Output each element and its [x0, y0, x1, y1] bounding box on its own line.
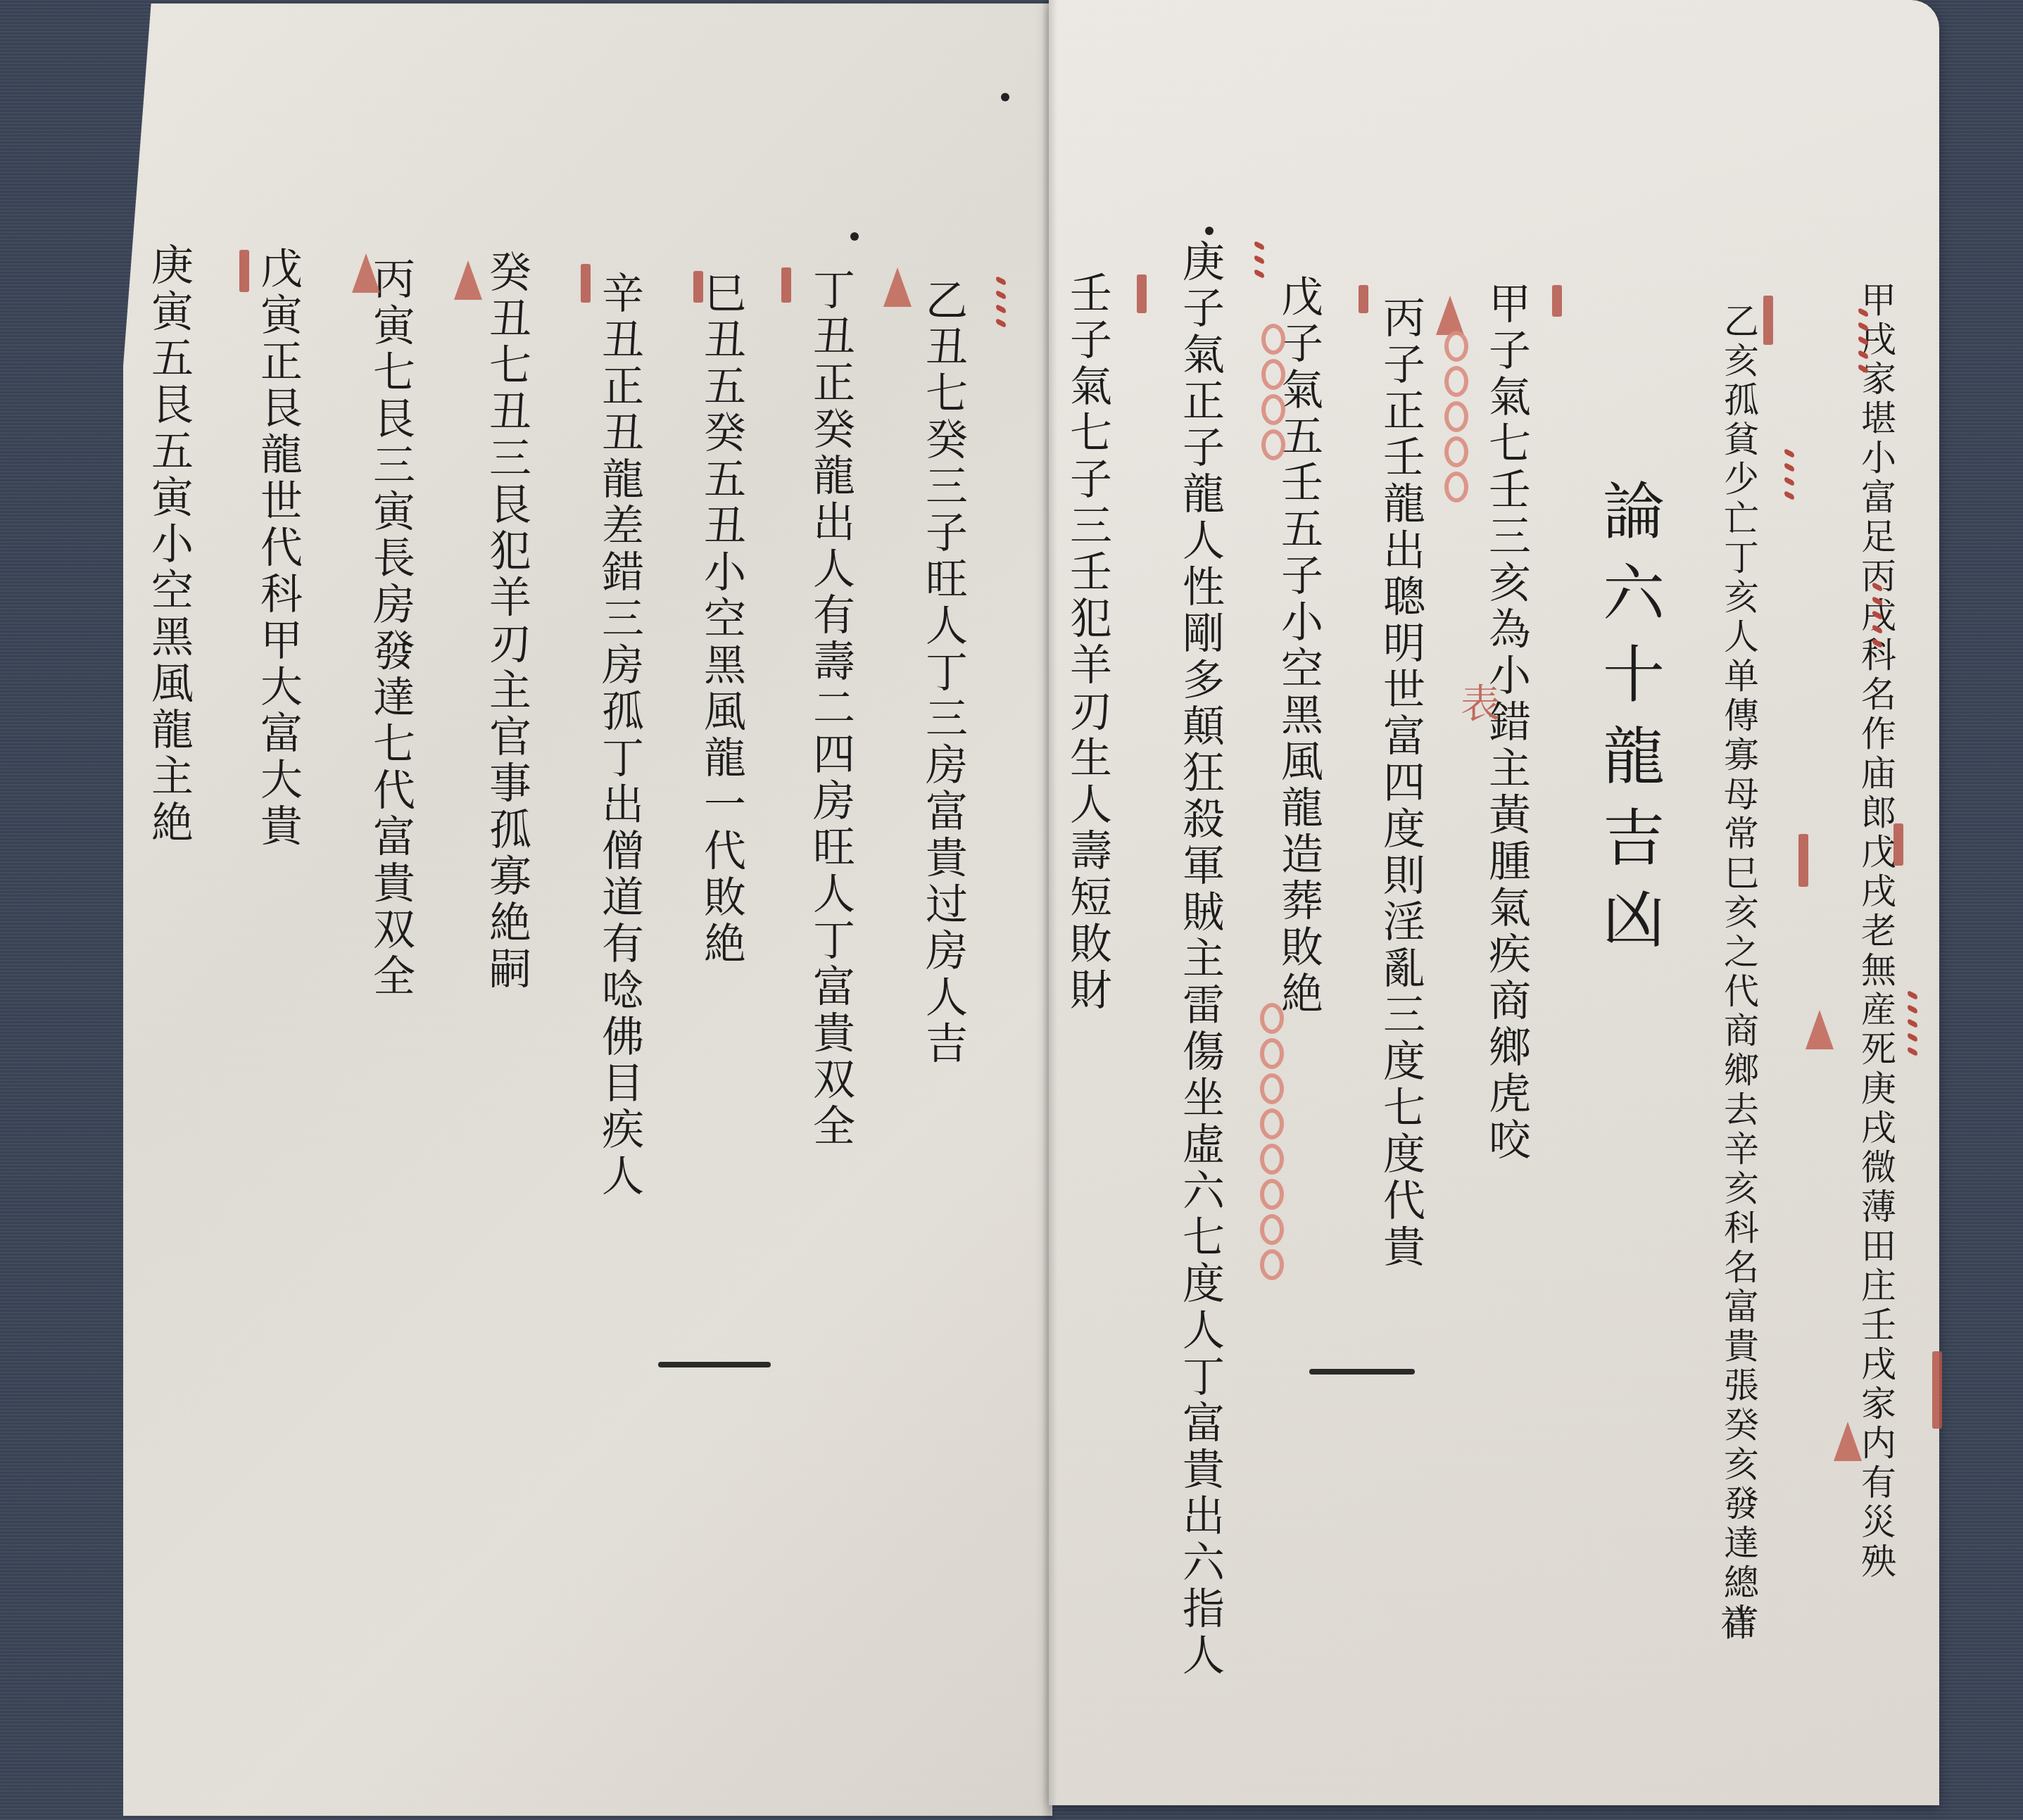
binding-hole [1001, 93, 1009, 101]
binding-stitch-slit [658, 1362, 771, 1367]
red-dash-mark [1908, 992, 1917, 1063]
text-column-l8: 庚寅五艮五寅小空黑風龍主絶 [148, 243, 190, 847]
text-column-l6: 丙寅七艮三寅長房發達七代富貴双全 [370, 257, 412, 1000]
red-circle-chain-mark [1261, 324, 1285, 465]
red-bar-mark [1893, 823, 1903, 866]
red-triangle-mark [1834, 1422, 1862, 1461]
red-bar-mark [239, 250, 249, 292]
text-column-r1: 甲戌家堪小富足丙戌科名作庙郎戊戌老無産死庚戌微薄田庄壬戌家内有災殃 [1858, 282, 1893, 1582]
book-gutter [1042, 0, 1057, 1820]
binding-hole [850, 232, 859, 241]
text-column-r6: 庚子氣正子龍人性剛多顛狂殺軍賊主雷傷坐虛六七度人丁富貴出六指人 [1179, 239, 1221, 1679]
red-bar-mark [581, 264, 591, 303]
red-triangle-mark [352, 253, 380, 293]
text-column-r2b: 祥 [1718, 1605, 1753, 1644]
red-bar-mark [1932, 1351, 1942, 1429]
red-bar-mark [693, 271, 703, 303]
red-circle-chain-mark [1444, 331, 1468, 507]
binding-hole [1205, 227, 1214, 235]
text-column-l7: 戊寅正艮龍世代科甲大富大貴 [257, 246, 299, 850]
red-dash-mark [1784, 450, 1794, 507]
red-bar-mark [1798, 834, 1808, 887]
text-column-r7: 壬子氣七子三壬犯羊刃生人壽短敗財 [1066, 271, 1109, 1014]
text-column-r4: 丙子正壬龍出聰明世富四度則淫亂三度七度代貴 [1380, 296, 1422, 1271]
red-dash-mark [1872, 584, 1882, 655]
red-dash-mark [1254, 243, 1264, 285]
binding-stitch-slit [1309, 1369, 1415, 1375]
red-triangle-mark [883, 267, 912, 307]
red-bar-mark [1359, 285, 1368, 313]
red-dash-mark [1858, 310, 1868, 380]
red-bar-mark [1552, 285, 1562, 317]
text-column-l2: 丁丑正癸龍出人有壽二四房旺人丁富貴双全 [809, 267, 852, 1150]
text-column-l3: 巳丑五癸五丑小空黑風龍一代敗絶 [700, 271, 743, 968]
text-column-l4: 辛丑正丑龍差錯三房孤丁出僧道有唸佛目疾人 [598, 271, 641, 1200]
red-triangle-mark [1805, 1010, 1834, 1049]
red-circle-chain-mark [1260, 1003, 1284, 1284]
red-bar-mark [1137, 274, 1147, 313]
text-column-l1: 乙丑七癸三子旺人丁三房富貴过房人吉 [922, 278, 964, 1068]
red-margin-note: 表 [1457, 683, 1496, 726]
red-bar-mark [1763, 296, 1773, 345]
text-column-r2: 乙亥孤貧少亡丁亥人单傳寡母常巳亥之代商鄉去辛亥科名富貴張癸亥發達總吉 [1721, 303, 1756, 1643]
section-heading: 論六十龍吉凶 [1598, 479, 1660, 968]
text-column-l5: 癸丑七丑三艮犯羊刃主官事孤寡絶嗣 [486, 250, 528, 993]
red-triangle-mark [1436, 296, 1464, 335]
red-dash-mark [996, 278, 1006, 334]
